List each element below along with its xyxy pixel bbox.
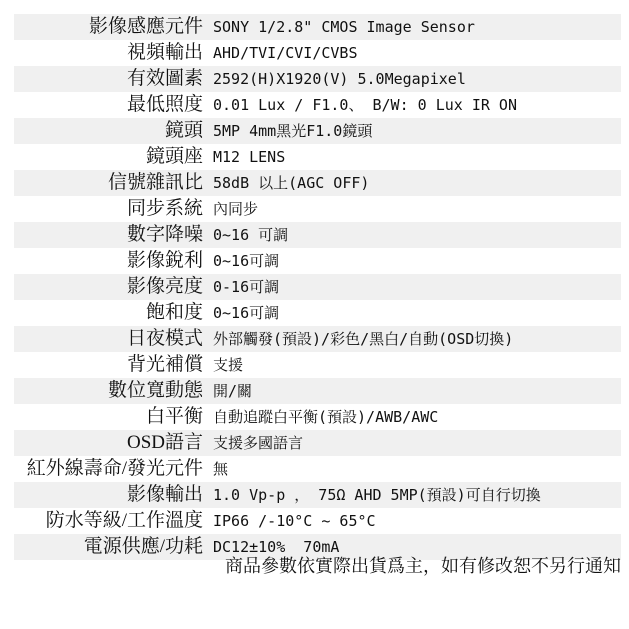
spec-label: 紅外線壽命/發光元件: [14, 456, 207, 482]
spec-value: 5MP 4mm黑光F1.0鏡頭: [207, 118, 621, 144]
spec-label: 影像感應元件: [14, 14, 207, 40]
spec-label: 白平衡: [14, 404, 207, 430]
table-row: 影像銳利 0~16可調: [14, 248, 621, 274]
spec-label: 信號雜訊比: [14, 170, 207, 196]
table-row: 背光補償 支援: [14, 352, 621, 378]
table-row: 紅外線壽命/發光元件 無: [14, 456, 621, 482]
spec-value: 支援: [207, 352, 621, 378]
table-row: 防水等級/工作溫度 IP66 /-10°C ~ 65°C: [14, 508, 621, 534]
spec-value: 自動追蹤白平衡(預設)/AWB/AWC: [207, 404, 621, 430]
table-row: OSD語言 支援多國語言: [14, 430, 621, 456]
spec-value: M12 LENS: [207, 144, 621, 170]
spec-label: 鏡頭座: [14, 144, 207, 170]
spec-label: 有效圖素: [14, 66, 207, 92]
spec-value: 2592(H)X1920(V) 5.0Megapixel: [207, 66, 621, 92]
spec-value: SONY 1/2.8" CMOS Image Sensor: [207, 14, 621, 40]
table-row: 有效圖素 2592(H)X1920(V) 5.0Megapixel: [14, 66, 621, 92]
spec-value: 0.01 Lux / F1.0、 B/W: 0 Lux IR ON: [207, 92, 621, 118]
spec-label: 影像銳利: [14, 248, 207, 274]
spec-value: 0-16可調: [207, 274, 621, 300]
spec-label: 鏡頭: [14, 118, 207, 144]
spec-value: 58dB 以上(AGC OFF): [207, 170, 621, 196]
table-row: 影像輸出 1.0 Vp-p ， 75Ω AHD 5MP(預設)可自行切換: [14, 482, 621, 508]
table-row: 最低照度 0.01 Lux / F1.0、 B/W: 0 Lux IR ON: [14, 92, 621, 118]
spec-value: 內同步: [207, 196, 621, 222]
spec-value: 開/關: [207, 378, 621, 404]
spec-label: 背光補償: [14, 352, 207, 378]
spec-label: 視頻輸出: [14, 40, 207, 66]
table-row: 影像感應元件 SONY 1/2.8" CMOS Image Sensor: [14, 14, 621, 40]
spec-value: 0~16可調: [207, 300, 621, 326]
table-row: 飽和度 0~16可調: [14, 300, 621, 326]
table-row: 視頻輸出 AHD/TVI/CVI/CVBS: [14, 40, 621, 66]
spec-label: 影像亮度: [14, 274, 207, 300]
spec-label: 同步系統: [14, 196, 207, 222]
table-row: 數字降噪 0~16 可調: [14, 222, 621, 248]
table-row: 數位寬動態 開/關: [14, 378, 621, 404]
table-row: 同步系統 內同步: [14, 196, 621, 222]
spec-value: 0~16可調: [207, 248, 621, 274]
table-row: 鏡頭 5MP 4mm黑光F1.0鏡頭: [14, 118, 621, 144]
spec-value: 支援多國語言: [207, 430, 621, 456]
table-row: 信號雜訊比 58dB 以上(AGC OFF): [14, 170, 621, 196]
spec-label: 數字降噪: [14, 222, 207, 248]
spec-label: 電源供應/功耗: [14, 534, 207, 560]
spec-label: OSD語言: [14, 430, 207, 456]
footer-disclaimer: 商品參數依實際出貨爲主，如有修改恕不另行通知: [225, 554, 621, 580]
spec-label: 數位寬動態: [14, 378, 207, 404]
spec-label: 最低照度: [14, 92, 207, 118]
spec-value: 無: [207, 456, 621, 482]
spec-label: 飽和度: [14, 300, 207, 326]
spec-value: AHD/TVI/CVI/CVBS: [207, 40, 621, 66]
spec-sheet-page: 影像感應元件 SONY 1/2.8" CMOS Image Sensor 視頻輸…: [0, 0, 629, 629]
table-row: 日夜模式 外部觸發(預設)/彩色/黑白/自動(OSD切換): [14, 326, 621, 352]
spec-value: IP66 /-10°C ~ 65°C: [207, 508, 621, 534]
table-row: 白平衡 自動追蹤白平衡(預設)/AWB/AWC: [14, 404, 621, 430]
spec-value: 0~16 可調: [207, 222, 621, 248]
spec-label: 防水等級/工作溫度: [14, 508, 207, 534]
spec-label: 日夜模式: [14, 326, 207, 352]
spec-table: 影像感應元件 SONY 1/2.8" CMOS Image Sensor 視頻輸…: [14, 14, 621, 560]
spec-value: 外部觸發(預設)/彩色/黑白/自動(OSD切換): [207, 326, 621, 352]
table-row: 影像亮度 0-16可調: [14, 274, 621, 300]
table-row: 鏡頭座 M12 LENS: [14, 144, 621, 170]
spec-label: 影像輸出: [14, 482, 207, 508]
spec-value: 1.0 Vp-p ， 75Ω AHD 5MP(預設)可自行切換: [207, 482, 621, 508]
